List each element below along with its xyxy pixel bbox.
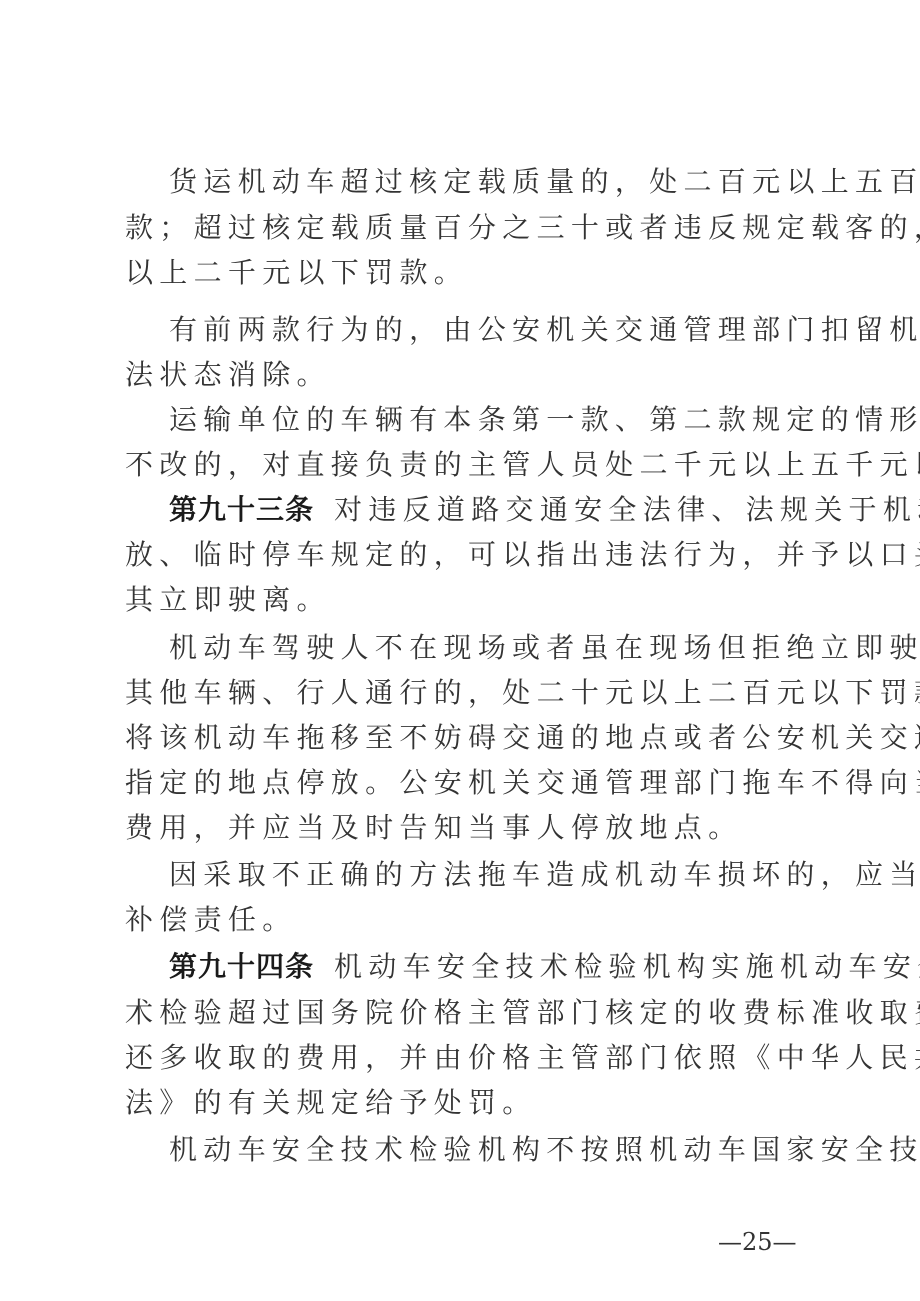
- text-line: 费用，并应当及时告知当事人停放地点。: [125, 808, 815, 848]
- line-text: 机动车驾驶人不在现场或者虽在现场但拒绝立即驶离，妨碍: [169, 631, 920, 664]
- text-line: 其立即驶离。: [125, 580, 815, 620]
- line-text: 将该机动车拖移至不妨碍交通的地点或者公安机关交通管理部门: [125, 721, 920, 754]
- line-text: 放、临时停车规定的，可以指出违法行为，并予以口头警告，令: [125, 538, 920, 571]
- line-text: 因采取不正确的方法拖车造成机动车损坏的，应当依法承担: [169, 858, 920, 891]
- line-text: 补偿责任。: [125, 903, 297, 936]
- article-number: 第九十三条: [169, 493, 314, 526]
- text-line: 第九十三条对违反道路交通安全法律、法规关于机动车停: [125, 490, 815, 530]
- article-number: 第九十四条: [169, 950, 314, 983]
- text-line: 机动车安全技术检验机构不按照机动车国家安全技术标准: [125, 1130, 815, 1170]
- text-line: 以上二千元以下罚款。: [125, 253, 815, 293]
- line-text: 以上二千元以下罚款。: [125, 256, 468, 289]
- text-line: 有前两款行为的，由公安机关交通管理部门扣留机动车至违: [125, 310, 815, 350]
- line-text: 不改的，对直接负责的主管人员处二千元以上五千元以下罚款。: [125, 448, 920, 481]
- line-text: 有前两款行为的，由公安机关交通管理部门扣留机动车至违: [169, 313, 920, 346]
- text-line: 法》的有关规定给予处罚。: [125, 1083, 815, 1123]
- text-line: 运输单位的车辆有本条第一款、第二款规定的情形，经处罚: [125, 400, 815, 440]
- text-line: 其他车辆、行人通行的，处二十元以上二百元以下罚款，并可以: [125, 673, 815, 713]
- text-line: 机动车驾驶人不在现场或者虽在现场但拒绝立即驶离，妨碍: [125, 628, 815, 668]
- line-text: 法》的有关规定给予处罚。: [125, 1086, 537, 1119]
- text-line: 因采取不正确的方法拖车造成机动车损坏的，应当依法承担: [125, 855, 815, 895]
- text-line: 不改的，对直接负责的主管人员处二千元以上五千元以下罚款。: [125, 445, 815, 485]
- page-number: —25—: [718, 1228, 797, 1256]
- line-text: 费用，并应当及时告知当事人停放地点。: [125, 811, 742, 844]
- line-text: 货运机动车超过核定载质量的，处二百元以上五百元以下罚: [169, 165, 920, 198]
- text-line: 法状态消除。: [125, 355, 815, 395]
- line-text: 指定的地点停放。公安机关交通管理部门拖车不得向当事人收取: [125, 766, 920, 799]
- document-page: —25— 货运机动车超过核定载质量的，处二百元以上五百元以下罚款；超过核定载质量…: [0, 0, 920, 1301]
- line-text: 法状态消除。: [125, 358, 331, 391]
- line-text: 术检验超过国务院价格主管部门核定的收费标准收取费用的，退: [125, 996, 920, 1029]
- text-line: 将该机动车拖移至不妨碍交通的地点或者公安机关交通管理部门: [125, 718, 815, 758]
- line-text: 机动车安全技术检验机构不按照机动车国家安全技术标准: [169, 1133, 920, 1166]
- text-line: 货运机动车超过核定载质量的，处二百元以上五百元以下罚: [125, 162, 815, 202]
- text-line: 术检验超过国务院价格主管部门核定的收费标准收取费用的，退: [125, 993, 815, 1033]
- line-text: 对违反道路交通安全法律、法规关于机动车停: [334, 493, 920, 526]
- text-line: 补偿责任。: [125, 900, 815, 940]
- text-line: 放、临时停车规定的，可以指出违法行为，并予以口头警告，令: [125, 535, 815, 575]
- line-text: 款；超过核定载质量百分之三十或者违反规定载客的，处五百元: [125, 211, 920, 244]
- line-text: 其他车辆、行人通行的，处二十元以上二百元以下罚款，并可以: [125, 676, 920, 709]
- line-text: 其立即驶离。: [125, 583, 331, 616]
- line-text: 机动车安全技术检验机构实施机动车安全技: [334, 950, 920, 983]
- text-line: 第九十四条机动车安全技术检验机构实施机动车安全技: [125, 947, 815, 987]
- text-line: 款；超过核定载质量百分之三十或者违反规定载客的，处五百元: [125, 208, 815, 248]
- line-text: 运输单位的车辆有本条第一款、第二款规定的情形，经处罚: [169, 403, 920, 436]
- text-line: 还多收取的费用，并由价格主管部门依照《中华人民共和国价格: [125, 1038, 815, 1078]
- text-line: 指定的地点停放。公安机关交通管理部门拖车不得向当事人收取: [125, 763, 815, 803]
- line-text: 还多收取的费用，并由价格主管部门依照《中华人民共和国价格: [125, 1041, 920, 1074]
